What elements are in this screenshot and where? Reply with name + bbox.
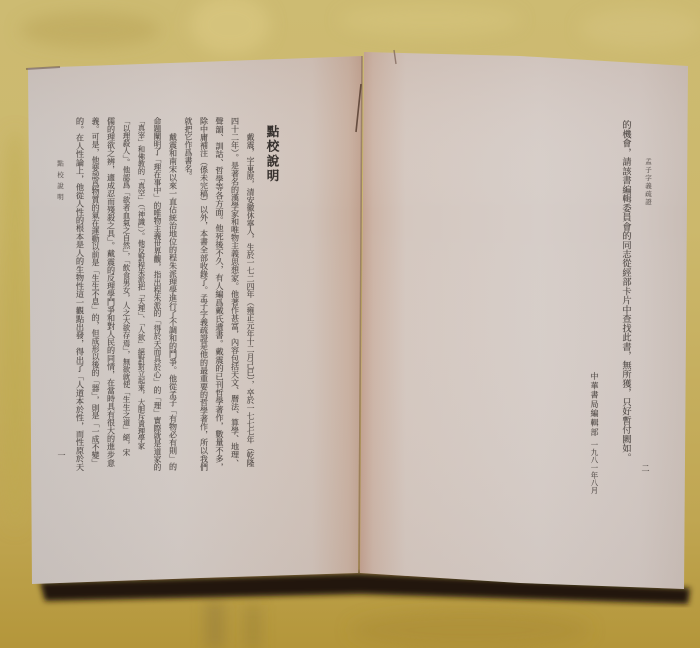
- text-column: 聲韻、訓詁、哲學等各方面。他死後不久，有人編爲戴氏遺書。戴震的已刊哲學著作，數量…: [212, 117, 228, 471]
- section-title: 點校說明: [258, 117, 286, 471]
- running-header: 孟子字義疏證: [644, 158, 653, 207]
- text-column: 義。可是，他要認爲物質的氣在運動以前是「生生不息」的，但成形以後的「器」，則是「…: [88, 117, 104, 471]
- text-column: 「以理殺人」。他認爲「欲者血氣之自然」，「飲食男女，人之大欲存焉」，無欲就使「生…: [119, 117, 135, 471]
- text-column: 四十二年）。是著名的漢學家和唯物主義思想家。他著作甚富，內容包括天文、曆法、算學…: [227, 117, 243, 471]
- page-number: 一: [56, 451, 67, 459]
- right-page-text-block: 的機會，請該書編輯委員會的同志從經部卡片中查找此書，無所獲，只好暫付闕如。: [617, 120, 633, 462]
- text-column: 戴震，字東原，清安徽休寧人，生於一七二四年（雍正元年十二月己巳），卒於一七七七年…: [243, 117, 259, 471]
- text-column: 就把它作爲書名。: [181, 117, 197, 471]
- text-column: 除中庸補注（係未完稿）以外，本書全部收錄了。孟子字義疏證是他的最重要的哲學著作，…: [196, 117, 212, 471]
- text-column: 的。在人性論上，他從人性的根本是人的生物性這一觀點出發，得出了「人道本於性，而性…: [72, 117, 88, 471]
- page-number: 二: [640, 464, 651, 472]
- text-column: 命題闡明了「理在事中」的唯物主義世界觀，指出程朱派的「得於天而具於心」的「理」實…: [150, 117, 166, 471]
- running-header: 點校說明: [56, 160, 65, 204]
- signoff-date: 一九八一年八月: [590, 441, 599, 494]
- left-page-text-block: 點校說明 戴震，字東原，清安徽休寧人，生於一七二四年（雍正元年十二月己巳），卒於…: [72, 117, 286, 471]
- signoff-organization: 中華書局編輯部: [590, 372, 599, 437]
- text-column: 戴震和南宋以來一直佔統治地位的程朱派理學進行了不調和的鬥爭。他從孟子「有物必有則…: [165, 117, 181, 471]
- text-column: 儒的理欲之辨，適成忍而殘殺之具」。戴震的反理學鬥爭和對人民的同情，在當時具有很大…: [103, 117, 119, 471]
- text-column: 「真宰」和佛教的「真空」（「神識」）。他反對程朱派把「天理」、「人欲」絕對對立起…: [134, 117, 150, 471]
- open-book-photo: 點校說明 戴震，字東原，清安徽休寧人，生於一七二四年（雍正元年十二月己巳），卒於…: [0, 0, 700, 648]
- signoff: 中華書局編輯部一九八一年八月: [586, 372, 602, 497]
- text-column: 的機會，請該書編輯委員會的同志從經部卡片中查找此書，無所獲，只好暫付闕如。: [617, 120, 633, 462]
